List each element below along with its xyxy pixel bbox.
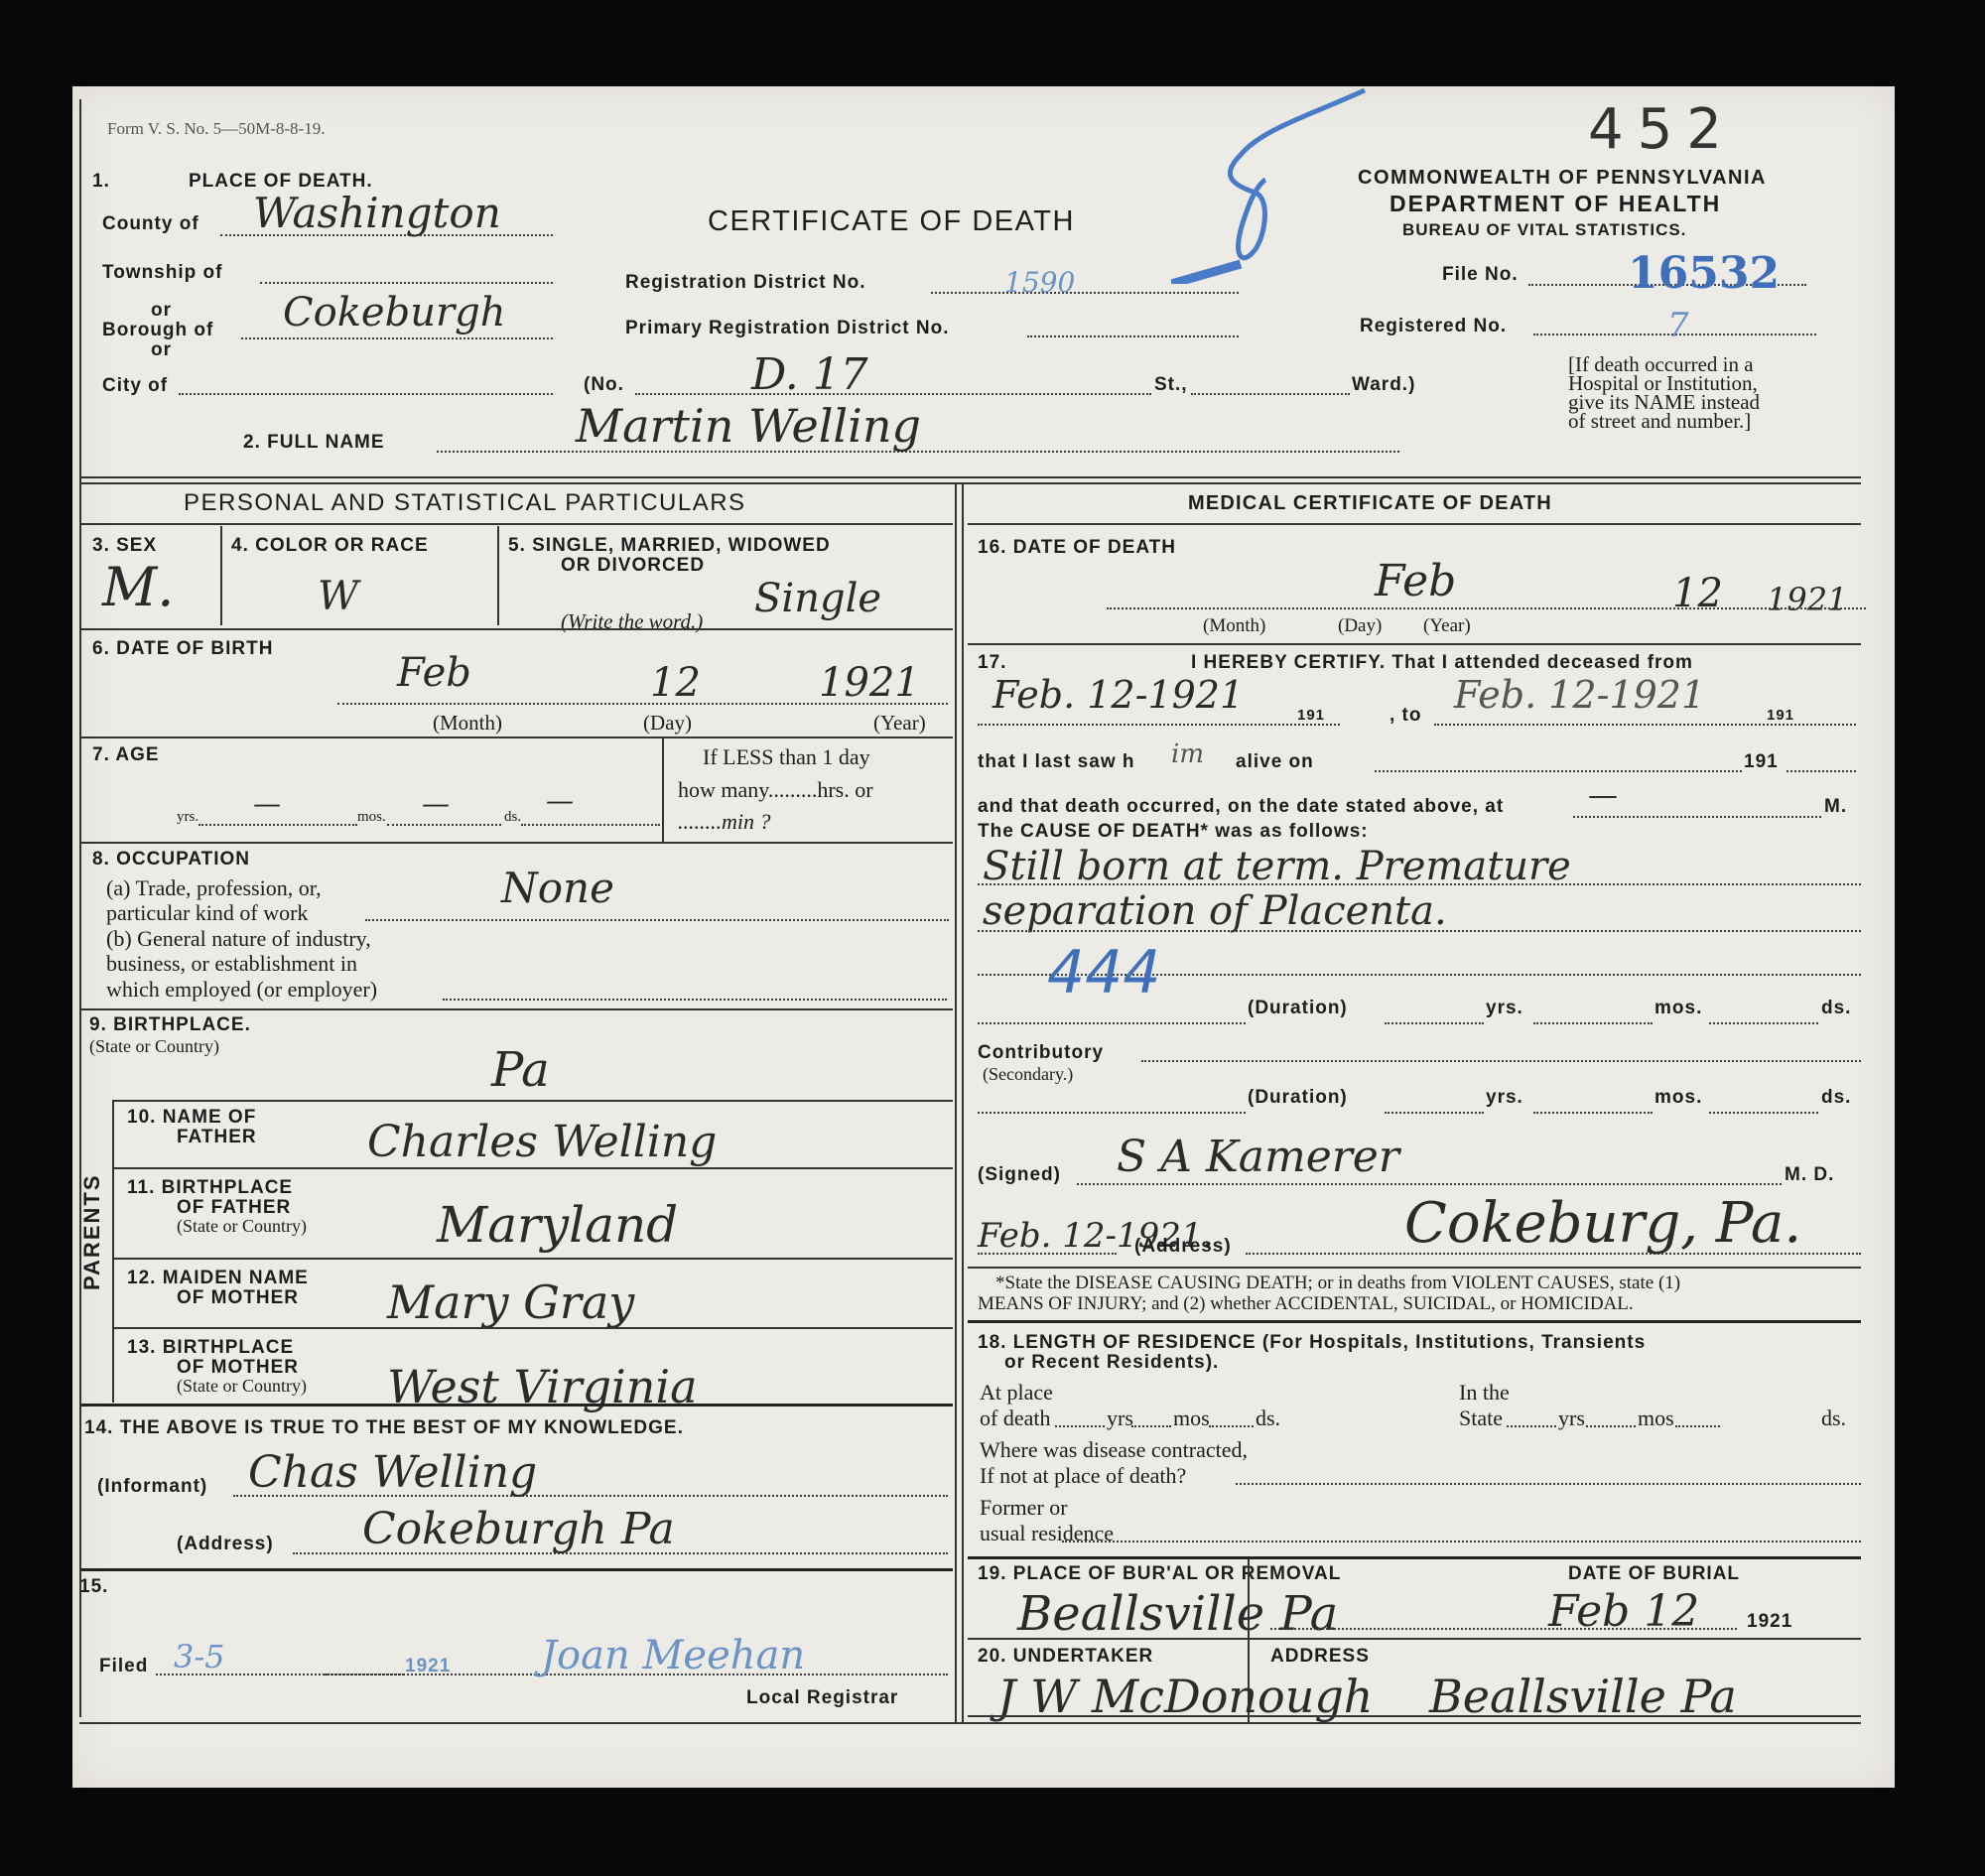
father-birthplace-label-1: 11. BIRTHPLACE <box>127 1177 293 1199</box>
mother-name-label-2: OF MOTHER <box>177 1287 299 1309</box>
signed-address-value: Cokeburg, Pa. <box>1404 1191 1801 1256</box>
occupation-label: 8. OCCUPATION <box>92 849 250 871</box>
signed-address-label: (Address) <box>1134 1236 1232 1258</box>
mother-birthplace-label-1: 13. BIRTHPLACE <box>127 1337 294 1359</box>
registration-district-label: Registration District No. <box>625 272 865 294</box>
duration-mos-label-2: mos. <box>1654 1087 1702 1109</box>
dod-label: 16. DATE OF DEATH <box>978 537 1176 559</box>
street-no-value: D. 17 <box>751 349 868 400</box>
contracted-line-1: Where was disease contracted, <box>980 1437 1248 1463</box>
father-name-value: Charles Welling <box>367 1117 717 1167</box>
agency-line-3: BUREAU OF VITAL STATISTICS. <box>1402 220 1686 240</box>
street-no-label: (No. <box>584 374 624 396</box>
undertaker-label: 20. UNDERTAKER <box>978 1646 1153 1668</box>
at-place-ds: ds. <box>1256 1406 1280 1431</box>
burial-date-label: DATE OF BURIAL <box>1568 1563 1740 1585</box>
race-label: 4. COLOR OR RACE <box>231 535 429 557</box>
borough-label: Borough of <box>102 320 213 341</box>
less-than-day-3: ........min ? <box>678 809 771 835</box>
footnote-line-2: MEANS OF INJURY; and (2) whether ACCIDEN… <box>978 1293 1634 1315</box>
cause-line-2: separation of Placenta. <box>983 888 1447 934</box>
footnote-line-1: *State the DISEASE CAUSING DEATH; or in … <box>995 1273 1680 1294</box>
death-time-value: — <box>1588 778 1618 813</box>
or-text-1: or <box>151 300 172 322</box>
cause-label: The CAUSE OF DEATH* was as follows: <box>978 821 1369 843</box>
m-label: M. <box>1824 796 1847 818</box>
duration-yrs-label-2: yrs. <box>1486 1087 1523 1109</box>
dod-month-caption: (Month) <box>1203 615 1265 637</box>
medical-section-title: MEDICAL CERTIFICATE OF DEATH <box>1188 492 1552 515</box>
parents-vertical-label: PARENTS <box>79 1174 105 1291</box>
cause-code-annotation: 444 <box>1047 938 1161 1007</box>
marital-label-1: 5. SINGLE, MARRIED, WIDOWED <box>508 535 831 557</box>
dob-day: 12 <box>650 660 701 706</box>
occupation-b-line-2: business, or establishment in <box>106 951 357 977</box>
sex-value: M. <box>102 556 174 618</box>
hospital-note: [If death occurred in a Hospital or Inst… <box>1568 355 1760 431</box>
residence-label-2: or Recent Residents). <box>1004 1352 1219 1374</box>
last-saw-text: that I last saw h <box>978 751 1134 773</box>
contributory-label: Contributory <box>978 1042 1104 1064</box>
full-name-value: Martin Welling <box>576 399 921 453</box>
certify-text: I HEREBY CERTIFY. That I attended deceas… <box>1191 652 1693 674</box>
duration-ds-label-1: ds. <box>1821 998 1851 1019</box>
dod-year: 1921 <box>1767 581 1847 618</box>
dod-day-caption: (Day) <box>1338 615 1382 637</box>
file-no-value: 16532 <box>1628 248 1780 299</box>
place-of-death-number: 1. <box>92 171 110 193</box>
at-place-line-2: of death <box>980 1406 1050 1431</box>
certify-number: 17. <box>978 652 1006 674</box>
dob-label: 6. DATE OF BIRTH <box>92 638 273 660</box>
undertaker-address-label: ADDRESS <box>1270 1646 1370 1668</box>
filed-section-number: 15. <box>79 1576 108 1598</box>
contributory-hint: (Secondary.) <box>983 1064 1073 1085</box>
marital-hint: (Write the word.) <box>561 609 703 634</box>
registrar-label: Local Registrar <box>746 1687 898 1709</box>
attended-to-year-suffix: 191 <box>1767 707 1794 724</box>
marital-label-2: OR DIVORCED <box>561 555 705 577</box>
at-place-line-1: At place <box>980 1380 1053 1406</box>
informant-address-value: Cokeburgh Pa <box>362 1504 675 1554</box>
dob-day-caption: (Day) <box>643 711 692 736</box>
md-label: M. D. <box>1785 1164 1834 1186</box>
occupation-a-line-2: particular kind of work <box>106 900 308 926</box>
birthplace-label: 9. BIRTHPLACE. <box>89 1014 251 1036</box>
at-place-mos: mos <box>1173 1406 1210 1431</box>
duration-mos-label-1: mos. <box>1654 998 1702 1019</box>
age-yrs-value: — <box>253 787 281 820</box>
death-occurred-text: and that death occurred, on the date sta… <box>978 796 1504 818</box>
age-label: 7. AGE <box>92 744 160 766</box>
duration-label-2: (Duration) <box>1248 1087 1348 1109</box>
occupation-b-line-1: (b) General nature of industry, <box>106 926 371 952</box>
registrar-signature: Joan Meehan <box>541 1633 805 1678</box>
alive-on-label: alive on <box>1236 751 1314 773</box>
signed-value: S A Kamerer <box>1117 1132 1399 1182</box>
street-label: St., <box>1154 374 1188 396</box>
mother-name-value: Mary Gray <box>387 1275 634 1329</box>
father-name-label-2: FATHER <box>177 1127 257 1148</box>
dob-year: 1921 <box>819 660 920 706</box>
burial-place-label: 19. PLACE OF BUR'AL OR REMOVAL <box>978 1563 1341 1585</box>
occupation-a-value: None <box>501 864 614 912</box>
alive-on-year-suffix: 191 <box>1744 751 1779 773</box>
file-no-label: File No. <box>1442 264 1519 286</box>
township-label: Township of <box>102 262 222 284</box>
dob-month-caption: (Month) <box>433 711 502 736</box>
informant-value: Chas Welling <box>248 1447 537 1498</box>
race-value: W <box>318 574 358 619</box>
dod-year-caption: (Year) <box>1423 615 1471 637</box>
or-text-2: or <box>151 339 172 361</box>
dod-month: Feb <box>1375 556 1456 606</box>
agency-line-1: COMMONWEALTH OF PENNSYLVANIA <box>1358 167 1767 190</box>
city-label: City of <box>102 375 168 397</box>
age-mos-value: — <box>422 787 450 820</box>
annotation-top-number: 452 <box>1588 97 1736 162</box>
dob-year-caption: (Year) <box>873 711 926 736</box>
last-saw-pronoun: im <box>1171 739 1204 769</box>
signed-label: (Signed) <box>978 1164 1061 1186</box>
county-value: Washington <box>253 189 501 237</box>
at-place-yrs: yrs <box>1107 1406 1133 1431</box>
duration-label-1: (Duration) <box>1248 998 1348 1019</box>
duration-ds-label-2: ds. <box>1821 1087 1851 1109</box>
attended-from-year-suffix: 191 <box>1297 707 1325 724</box>
former-residence-line-2: usual residence <box>980 1521 1114 1546</box>
form-number: Form V. S. No. 5—50M-8-8-19. <box>107 119 325 139</box>
in-state-mos: mos <box>1638 1406 1674 1431</box>
father-birthplace-value: Maryland <box>437 1196 678 1254</box>
mother-birthplace-hint: (State or Country) <box>177 1376 307 1397</box>
registration-district-value: 1590 <box>1004 266 1075 299</box>
occupation-a-line-1: (a) Trade, profession, or, <box>106 875 322 901</box>
birthplace-hint: (State or Country) <box>89 1036 219 1057</box>
occupation-b-line-3: which employed (or employer) <box>106 977 377 1003</box>
sex-label: 3. SEX <box>92 535 157 557</box>
burial-year: 1921 <box>1747 1611 1792 1633</box>
former-residence-line-1: Former or <box>980 1495 1068 1521</box>
informant-address-label: (Address) <box>177 1534 274 1555</box>
attended-to: Feb. 12-1921 <box>1454 673 1705 717</box>
attended-from: Feb. 12-1921 <box>992 673 1244 717</box>
less-than-day-1: If LESS than 1 day <box>703 744 870 770</box>
less-than-day-2: how many.........hrs. or <box>678 777 873 803</box>
contracted-line-2: If not at place of death? <box>980 1463 1186 1489</box>
marital-value: Single <box>754 576 881 621</box>
borough-value: Cokeburgh <box>283 290 505 335</box>
dob-month: Feb <box>397 650 471 696</box>
personal-section-title: PERSONAL AND STATISTICAL PARTICULARS <box>184 489 746 517</box>
father-birthplace-hint: (State or Country) <box>177 1216 307 1237</box>
duration-yrs-label-1: yrs. <box>1486 998 1523 1019</box>
in-state-line-1: In the <box>1459 1380 1510 1406</box>
mother-name-label-1: 12. MAIDEN NAME <box>127 1268 309 1289</box>
full-name-label: 2. FULL NAME <box>243 432 385 454</box>
registered-no-value: 7 <box>1667 306 1689 345</box>
attended-to-label: , to <box>1389 705 1422 727</box>
filed-value: 3-5 <box>174 1638 225 1675</box>
age-ds-label: ds. <box>504 809 521 826</box>
age-ds-value: — <box>546 784 574 817</box>
dod-day: 12 <box>1672 571 1723 616</box>
filed-label: Filed <box>99 1656 148 1677</box>
informant-section-label: 14. THE ABOVE IS TRUE TO THE BEST OF MY … <box>84 1417 684 1439</box>
age-mos-label: mos. <box>357 809 386 826</box>
registered-no-label: Registered No. <box>1360 316 1507 337</box>
father-name-label-1: 10. NAME OF <box>127 1107 256 1129</box>
residence-label-1: 18. LENGTH OF RESIDENCE (For Hospitals, … <box>978 1332 1646 1354</box>
in-state-line-2: State <box>1459 1406 1503 1431</box>
age-yrs-label: yrs. <box>177 809 198 826</box>
in-state-ds: ds. <box>1821 1406 1846 1431</box>
burial-place-value: Beallsville Pa <box>1017 1586 1338 1642</box>
blue-mark-annotation <box>1171 85 1370 284</box>
primary-registration-label: Primary Registration District No. <box>625 318 950 339</box>
certificate-title: CERTIFICATE OF DEATH <box>708 205 1075 238</box>
ward-label: Ward.) <box>1352 374 1415 396</box>
informant-label: (Informant) <box>97 1476 207 1498</box>
birthplace-value: Pa <box>491 1042 550 1098</box>
county-label: County of <box>102 213 199 235</box>
agency-line-2: DEPARTMENT OF HEALTH <box>1389 191 1721 217</box>
in-state-yrs: yrs <box>1558 1406 1585 1431</box>
